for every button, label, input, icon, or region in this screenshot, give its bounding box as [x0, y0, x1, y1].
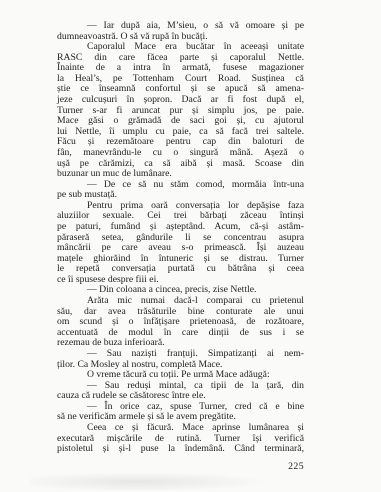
text-line: pe paturi, fumând și așteptând. Acum, că…	[57, 222, 304, 233]
body-text: — Iar după aia, M’sieu, o să vă omoare ș…	[57, 21, 304, 455]
scan-artifact	[30, 472, 270, 490]
text-line: fân, manevrându-le cu o singură mână. Aș…	[57, 148, 304, 159]
text-line: pistoletul și și-l puse la îndemână. Cân…	[57, 444, 304, 455]
text-line: — Sau naziști franțuji. Simpatizanți ai …	[57, 349, 304, 360]
book-page: — Iar după aia, M’sieu, o să vă omoare ș…	[0, 0, 381, 492]
text-line: Ceea ce și făcură. Mace aprinse lumânare…	[57, 423, 304, 434]
page-number: 225	[57, 461, 304, 472]
text-line: — Iar după aia, M’sieu, o să vă omoare ș…	[57, 21, 304, 32]
